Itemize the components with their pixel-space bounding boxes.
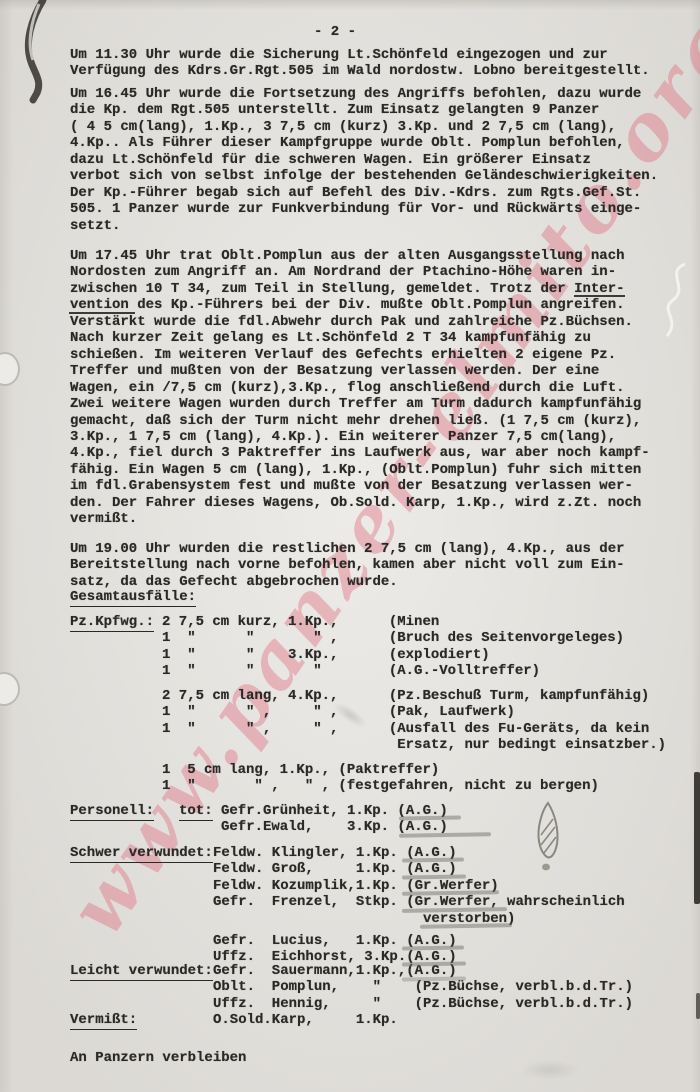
text-line: im fdl.Grabensystem fest und mußte von d… [70, 478, 650, 494]
text-line: Um 16.45 Uhr wurde die Fortsetzung des A… [70, 86, 658, 102]
text-line: 1 5 cm lang, 1.Kp., (Paktreffer) [162, 762, 599, 778]
severely-wounded-label: Schwer verwundet: [70, 845, 213, 861]
heading-text: Gesamtausfälle: [70, 589, 196, 607]
text-line: vention des Kp.-Führers bei der Div. muß… [70, 297, 650, 313]
text-line: 2 7,5 cm kurz, 1.Kp., (Minen [162, 614, 624, 630]
text-line: 1 " " 3.Kp., (explodiert) [162, 647, 624, 663]
vehicles-label: Pz.Kpfwg.: [70, 614, 154, 630]
personnel-label: Personell: [70, 803, 154, 819]
text-line: Oblt. Pomplun, " (Pz.Büchse, verbl.b.d.T… [213, 979, 633, 995]
pencil-mark [399, 815, 461, 820]
text-line: 1 " " , " , (Pak, Laufwerk) [162, 704, 666, 720]
text-line: 505. 1 Panzer wurde zur Funkverbindung f… [70, 201, 658, 217]
typed-underline-vention [69, 312, 135, 314]
text-line: verstorben) [213, 911, 625, 927]
text-line: Nach kurzer Zeit gelang es Lt.Schönfeld … [70, 330, 650, 346]
text-line: Bereitstellung nach vorne befohlen, kame… [70, 557, 625, 573]
scanned-document-page: { "page": { "number_label": "- 2 -", "wa… [0, 0, 700, 1092]
text-line: die Kp. dem Rgt.505 unterstellt. Zum Ein… [70, 102, 658, 118]
text-line: satz, da das Gefecht abgebrochen wurde. [70, 574, 625, 590]
text-line: 1 " " , " , (Ausfall des Fu-Geräts, da k… [162, 721, 666, 737]
hole-punch [0, 672, 20, 706]
text-line: schießen. Im weiteren Verlauf des Gefech… [70, 347, 650, 363]
text-line: den. Der Fahrer dieses Wagens, Ob.Sold. … [70, 495, 650, 511]
smudge [520, 1060, 580, 1080]
pencil-mark [399, 832, 491, 838]
text-line: 4.Kp., fiel durch 3 Paktreffer ins Laufw… [70, 445, 650, 461]
paragraph-3: Um 17.45 Uhr trat Oblt.Pomplun aus der a… [70, 248, 650, 528]
text-line: Um 19.00 Uhr wurden die restlichen 2 7,5… [70, 541, 625, 557]
scan-edge-mark [694, 772, 700, 904]
vehicle-loss-group-2: 2 7,5 cm lang, 4.Kp., (Pz.Beschuß Turm, … [162, 688, 666, 754]
lightly-wounded-entries: Gefr. Sauermann,1.Kp.,(A.G.)Oblt. Pomplu… [213, 963, 633, 1012]
text-line: setzt. [70, 218, 658, 234]
footer-line: An Panzern verbleiben [70, 1050, 246, 1066]
severely-wounded-label-text: Schwer verwundet: [70, 845, 213, 863]
personnel-label-text: Personell: [70, 803, 154, 821]
vehicle-loss-group-3: 1 5 cm lang, 1.Kp., (Paktreffer)1 " " , … [162, 762, 599, 795]
text-line: vermißt. [70, 511, 650, 527]
text-line: Zwei weitere Wagen wurden durch Treffer … [70, 396, 650, 412]
text-line: dazu Lt.Schönfeld für die schweren Wagen… [70, 152, 658, 168]
text-line: fähig. Ein Wagen 5 cm (lang), 1.Kp., (Ob… [70, 462, 650, 478]
text-line: Verfügung des Kdrs.Gr.Rgt.505 im Wald no… [70, 63, 650, 79]
typed-underline-inter [574, 295, 625, 297]
page-number: - 2 - [0, 24, 670, 40]
text-line: 1 " " " , (Bruch des Seitenvorgeleges) [162, 630, 624, 646]
missing-entry: O.Sold.Karp, 1.Kp. [213, 1012, 398, 1028]
text-line: Uffz. Hennig, " (Pz.Büchse, verbl.b.d.Tr… [213, 996, 633, 1012]
text-line: gemacht, daß sich der Turm nicht mehr dr… [70, 413, 650, 429]
dead-sublabel: tot: [179, 803, 213, 819]
dead-sublabel-text: tot: [179, 803, 213, 821]
missing-label-text: Vermißt: [70, 1012, 137, 1030]
text-line: Ersatz, nur bedingt einsatzber.) [162, 737, 666, 753]
vehicle-loss-group-1: 2 7,5 cm kurz, 1.Kp., (Minen1 " " " , (B… [162, 614, 624, 680]
text-line: Um 11.30 Uhr wurde die Sicherung Lt.Schö… [70, 47, 650, 63]
paragraph-2: Um 16.45 Uhr wurde die Fortsetzung des A… [70, 86, 658, 234]
pencil-doodle-exclamation [534, 801, 564, 875]
ink-fold-mark [5, 0, 65, 104]
text-line: 2 7,5 cm lang, 4.Kp., (Pz.Beschuß Turm, … [162, 688, 666, 704]
missing-label: Vermißt: [70, 1012, 137, 1028]
lightly-wounded-label: Leicht verwundet: [70, 963, 213, 979]
text-line: Treffer und mußten von der Besatzung ver… [70, 363, 650, 379]
section-heading-total-losses: Gesamtausfälle: [70, 589, 196, 605]
text-line: Nordosten zum Angriff an. Am Nordrand de… [70, 264, 650, 280]
text-line: 4.Kp.. Als Führer dieser Kampfgruppe wur… [70, 135, 658, 151]
lightly-wounded-label-text: Leicht verwundet: [70, 963, 213, 981]
text-line: zwischen 10 T 34, zum Teil in Stellung, … [70, 281, 650, 297]
erasure-squiggle [645, 262, 695, 342]
text-line: Wagen, ein /7,5 cm (kurz),3.Kp., flog an… [70, 380, 650, 396]
text-line: Um 17.45 Uhr trat Oblt.Pomplun aus der a… [70, 248, 650, 264]
text-line: 1 " " , " , (festgefahren, nicht zu berg… [162, 778, 599, 794]
text-line: 1 " " " (A.G.-Volltreffer) [162, 663, 624, 679]
text-line: 3.Kp., 1 7,5 cm (lang), 4.Kp.). Ein weit… [70, 429, 650, 445]
pencil-mark [420, 923, 512, 929]
text-line: verbot sich von selbst infolge der beste… [70, 168, 658, 184]
paragraph-4: Um 19.00 Uhr wurden die restlichen 2 7,5… [70, 541, 625, 590]
hole-punch [0, 352, 20, 386]
text-line: ( 4 5 cm(lang), 1.Kp., 3 7,5 cm (kurz) 3… [70, 119, 658, 135]
text-line: Verstärkt wurde die fdl.Abwehr durch Pak… [70, 314, 650, 330]
text-line: Der Kp.-Führer begab sich auf Befehl des… [70, 185, 658, 201]
paragraph-1: Um 11.30 Uhr wurde die Sicherung Lt.Schö… [70, 47, 650, 80]
vehicles-label-text: Pz.Kpfwg.: [70, 614, 154, 632]
scan-edge-mark [696, 993, 700, 1019]
